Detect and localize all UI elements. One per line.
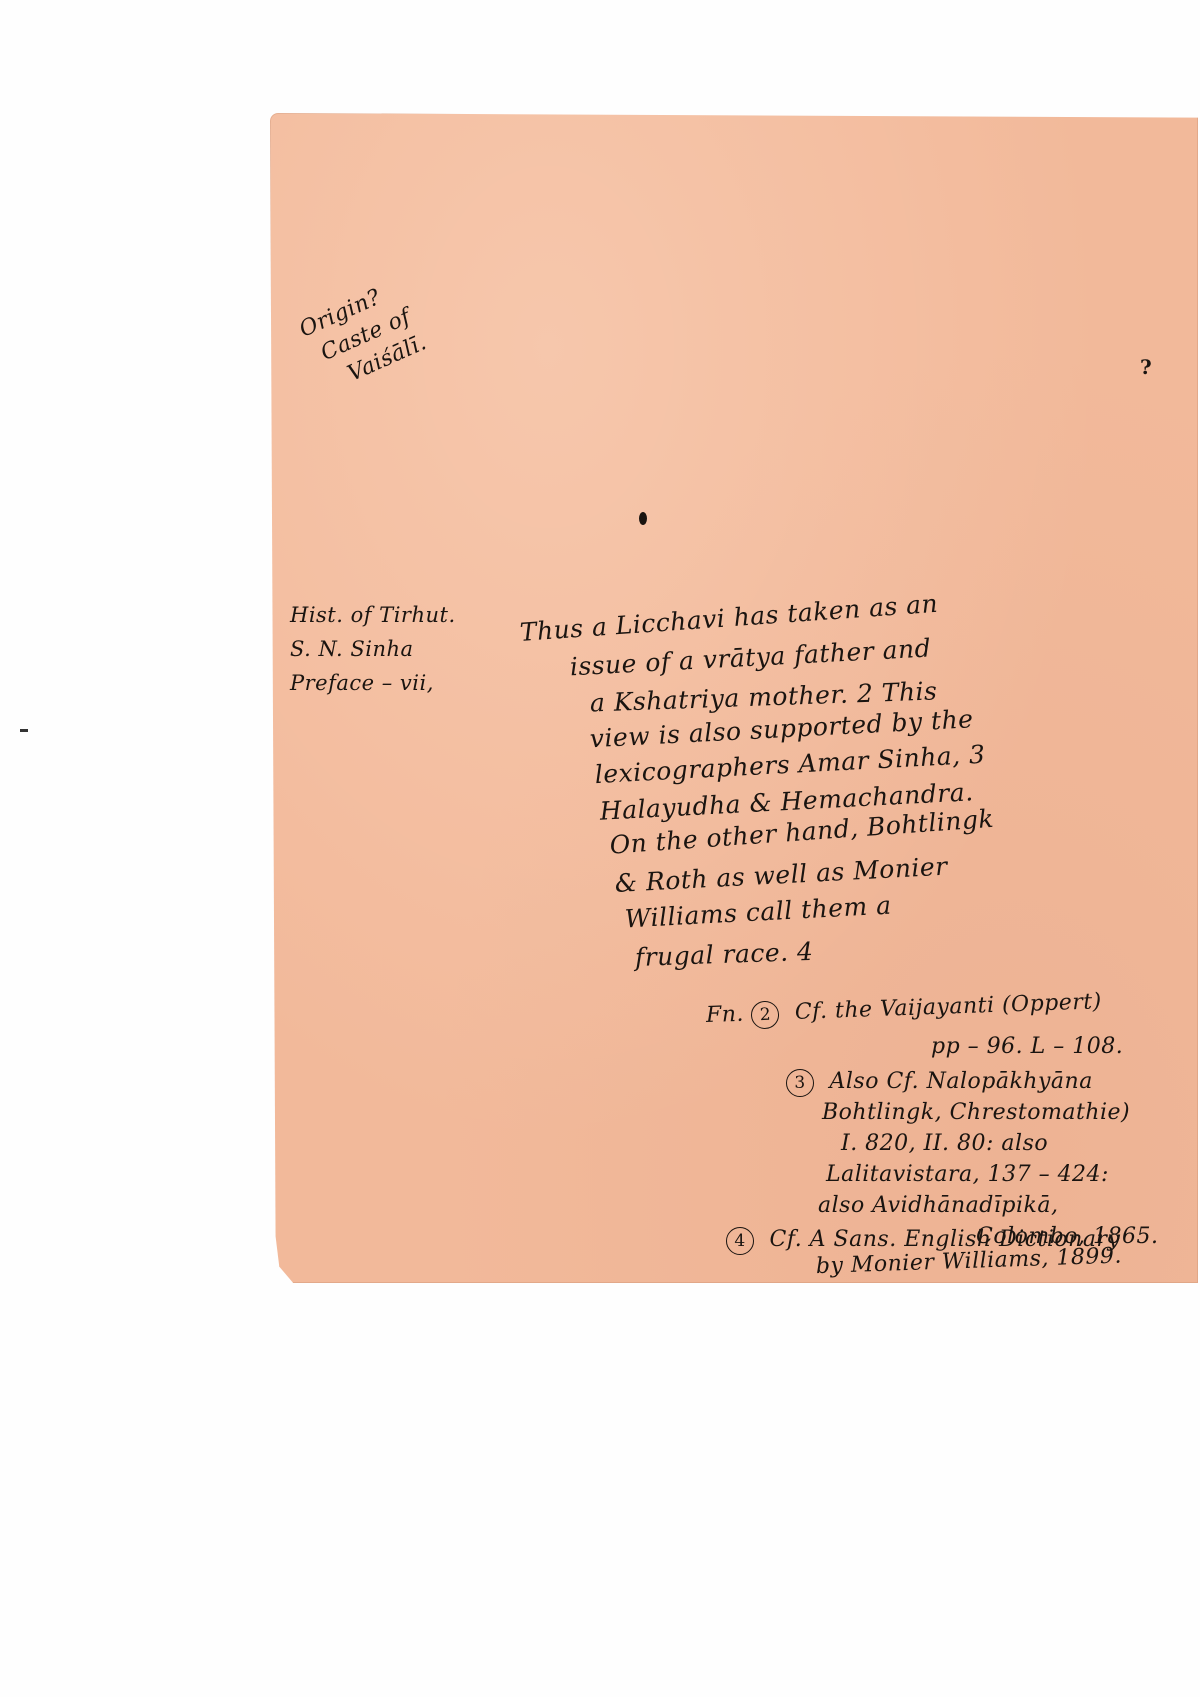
footnote-line: pp – 96. L – 108.: [706, 1031, 1159, 1062]
footnote-line: Also Cf. Nalopākhyāna: [830, 1069, 1093, 1094]
footnote-line: Cf. the Vaijayanti (Oppert): [794, 989, 1102, 1025]
question-mark-annotation: ?: [1140, 355, 1152, 379]
ink-dot: [639, 512, 647, 525]
footnote-number-circle: 3: [786, 1069, 814, 1097]
footnote-3: 3 Also Cf. Nalopākhyāna: [706, 1066, 1159, 1097]
footnote-line: also Avidhānadīpikā,: [706, 1190, 1159, 1221]
footnote-number-circle: 2: [751, 1000, 780, 1029]
margin-note-reference: Hist. of Tirhut. S. N. Sinha Preface – v…: [290, 598, 456, 700]
footnote-line: I. 820, II. 80: also: [706, 1128, 1159, 1159]
body-paragraph: Thus a Licchavi has taken as an issue of…: [520, 615, 995, 980]
footnote-line: Bohtlingk, Chrestomathie): [706, 1097, 1159, 1128]
scan-speck: [20, 729, 28, 732]
footnote-line: Lalitavistara, 137 – 424:: [706, 1159, 1159, 1190]
footnotes-block: Fn. 2 Cf. the Vaijayanti (Oppert) pp – 9…: [706, 1000, 1159, 1286]
reference-page: Preface – vii,: [290, 666, 456, 700]
reference-author: S. N. Sinha: [290, 632, 456, 666]
footnote-prefix: Fn.: [706, 1002, 745, 1028]
footnote-number-circle: 4: [726, 1227, 754, 1255]
reference-title: Hist. of Tirhut.: [290, 598, 456, 632]
